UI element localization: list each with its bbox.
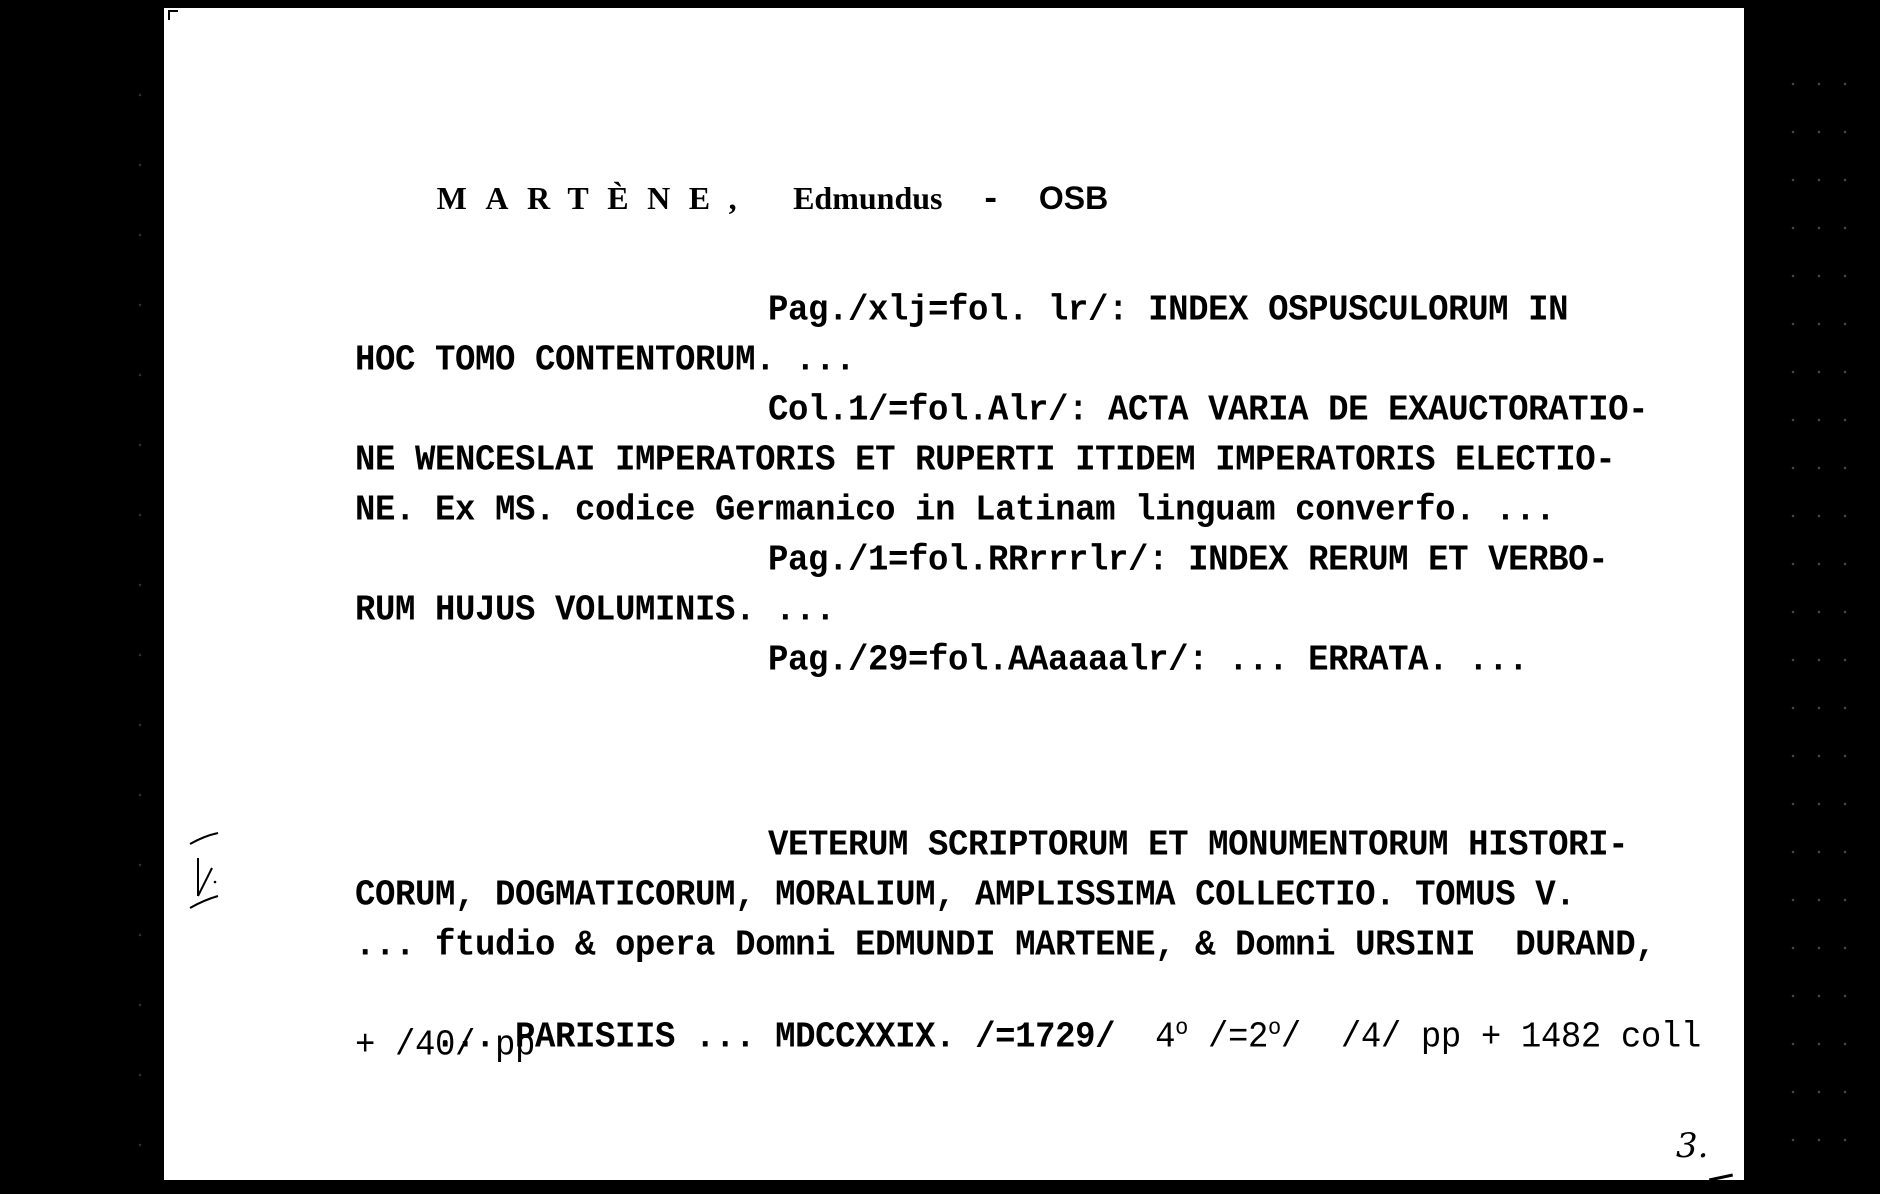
contents-line: Pag./1=fol.RRrrrlr/: INDEX RERUM ET VERB…	[768, 540, 1608, 582]
catalog-card: MARTÈNE,Edmundus-OSB Pag./xlj=fol. lr/: …	[164, 8, 1744, 1180]
imprint-extent: /4/ pp + 1482 coll	[1341, 1018, 1701, 1058]
imprint-place-date: ... PARISIIS ... MDCCXXIX. /=1729/	[435, 1018, 1115, 1058]
contents-line: NE. Ex MS. codice Germanico in Latinam l…	[355, 490, 1555, 532]
format-degree-sign: o	[1175, 1015, 1188, 1041]
card-heading: MARTÈNE,Edmundus-OSB	[355, 138, 1108, 261]
handwritten-v-icon	[186, 830, 226, 910]
scan-noise-left	[130, 60, 150, 1160]
card-page-number: 3.	[1676, 1126, 1708, 1166]
contents-line: RUM HUJUS VOLUMINIS. ...	[355, 590, 835, 632]
title-line: VETERUM SCRIPTORUM ET MONUMENTORUM HISTO…	[768, 825, 1628, 867]
title-line: ... ftudio & opera Domni EDMUNDI MARTENE…	[355, 925, 1655, 967]
contents-line: Col.1/=fol.Alr/: ACTA VARIA DE EXAUCTORA…	[768, 390, 1648, 432]
format-degree-sign: o	[1268, 1015, 1281, 1041]
contents-line: Pag./29=fol.AAaaaalr/: ... ERRATA. ...	[768, 640, 1528, 682]
scan-noise-right	[1780, 60, 1860, 1160]
religious-order: OSB	[1039, 180, 1108, 216]
format-folio-prefix: /=2	[1208, 1018, 1268, 1058]
margin-annotation-volume	[186, 830, 226, 910]
format-quarto: 4	[1155, 1018, 1175, 1058]
title-line: CORUM, DOGMATICORUM, MORALIUM, AMPLISSIM…	[355, 875, 1575, 917]
contents-line: NE WENCESLAI IMPERATORIS ET RUPERTI ITID…	[355, 440, 1615, 482]
imprint-extent-continued: + /40/ pp	[355, 1025, 535, 1067]
corner-mark	[168, 10, 178, 20]
contents-line: HOC TOMO CONTENTORUM. ...	[355, 340, 855, 382]
author-given-name: Edmundus	[793, 180, 942, 216]
imprint-line: ... PARISIIS ... MDCCXXIX. /=1729/ 4o /=…	[355, 975, 1701, 1101]
format-folio-suffix: /	[1281, 1018, 1301, 1058]
author-surname: MARTÈNE,	[437, 180, 755, 216]
contents-line: Pag./xlj=fol. lr/: INDEX OSPUSCULORUM IN	[768, 290, 1568, 332]
edge-mark	[1709, 1174, 1733, 1182]
heading-separator: -	[981, 182, 1001, 220]
